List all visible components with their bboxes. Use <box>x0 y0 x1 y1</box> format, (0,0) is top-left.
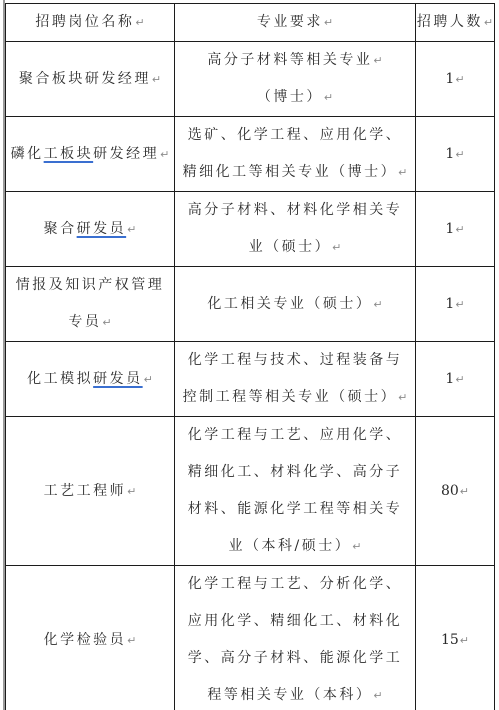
paragraph-mark-icon: ↵ <box>127 485 136 498</box>
table-row: 聚合板块研发经理↵ 高分子材料等相关专业↵ （博士）↵ 1↵ <box>6 42 495 117</box>
requirement-cell[interactable]: 化学工程与工艺、应用化学、 精细化工、材料化学、高分子 材料、能源化学工程等相关… <box>175 417 416 566</box>
table-row: 工艺工程师↵ 化学工程与工艺、应用化学、 精细化工、材料化学、高分子 材料、能源… <box>6 417 495 566</box>
table-row: 化学检验员↵ 化学工程与工艺、分析化学、 应用化学、精细化工、材料化 学、高分子… <box>6 566 495 710</box>
paragraph-mark-icon: ↵ <box>127 634 136 647</box>
paragraph-mark-icon: ↵ <box>332 241 341 254</box>
header-requirement[interactable]: 专业要求↵ <box>175 4 416 42</box>
count-cell[interactable]: 1↵ <box>416 342 495 417</box>
requirement-cell[interactable]: 高分子材料等相关专业↵ （博士）↵ <box>175 42 416 117</box>
paragraph-mark-icon: ↵ <box>455 73 464 86</box>
position-cell[interactable]: 磷化工板块研发经理↵ <box>6 117 175 192</box>
requirement-cell[interactable]: 化工相关专业（硕士）↵ <box>175 267 416 342</box>
requirement-cell[interactable]: 化学工程与技术、过程装备与 控制工程等相关专业（硕士）↵ <box>175 342 416 417</box>
table-row: 聚合研发员↵ 高分子材料、材料化学相关专 业（硕士）↵ 1↵ <box>6 192 495 267</box>
paragraph-mark-icon: ↵ <box>352 540 361 553</box>
count-cell[interactable]: 1↵ <box>416 192 495 267</box>
paragraph-mark-icon: ↵ <box>398 166 407 179</box>
position-cell[interactable]: 工艺工程师↵ <box>6 417 175 566</box>
paragraph-mark-icon: ↵ <box>144 373 153 386</box>
count-cell[interactable]: 1↵ <box>416 267 495 342</box>
paragraph-mark-icon: ↵ <box>460 634 469 647</box>
paragraph-mark-icon: ↵ <box>484 16 493 29</box>
table-row: 化工模拟研发员↵ 化学工程与技术、过程装备与 控制工程等相关专业（硕士）↵ 1↵ <box>6 342 495 417</box>
table-row: 磷化工板块研发经理↵ 选矿、化学工程、应用化学、 精细化工等相关专业（博士）↵ … <box>6 117 495 192</box>
paragraph-mark-icon: ↵ <box>324 16 333 29</box>
position-cell[interactable]: 化工模拟研发员↵ <box>6 342 175 417</box>
count-cell[interactable]: 1↵ <box>416 117 495 192</box>
position-cell[interactable]: 情报及知识产权管理 专员↵ <box>6 267 175 342</box>
paragraph-mark-icon: ↵ <box>127 223 136 236</box>
spellcheck-underline: 工板块 <box>44 146 94 162</box>
paragraph-mark-icon: ↵ <box>460 485 469 498</box>
position-cell[interactable]: 聚合研发员↵ <box>6 192 175 267</box>
paragraph-mark-icon: ↵ <box>373 689 382 702</box>
paragraph-mark-icon: ↵ <box>160 148 169 161</box>
requirement-cell[interactable]: 选矿、化学工程、应用化学、 精细化工等相关专业（博士）↵ <box>175 117 416 192</box>
header-count[interactable]: 招聘人数↵ <box>416 4 495 42</box>
paragraph-mark-icon: ↵ <box>455 223 464 236</box>
header-row: 招聘岗位名称↵ 专业要求↵ 招聘人数↵ <box>6 4 495 42</box>
position-cell[interactable]: 聚合板块研发经理↵ <box>6 42 175 117</box>
table-row: 情报及知识产权管理 专员↵ 化工相关专业（硕士）↵ 1↵ <box>6 267 495 342</box>
requirement-cell[interactable]: 高分子材料、材料化学相关专 业（硕士）↵ <box>175 192 416 267</box>
paragraph-mark-icon: ↵ <box>455 148 464 161</box>
recruitment-table: 招聘岗位名称↵ 专业要求↵ 招聘人数↵ 聚合板块研发经理↵ 高分子材料等相关专业… <box>5 3 495 710</box>
count-cell[interactable]: 80↵ <box>416 417 495 566</box>
paragraph-mark-icon: ↵ <box>324 91 333 104</box>
count-cell[interactable]: 15↵ <box>416 566 495 710</box>
spellcheck-underline: 研发员 <box>77 221 127 237</box>
paragraph-mark-icon: ↵ <box>455 298 464 311</box>
paragraph-mark-icon: ↵ <box>102 316 111 329</box>
count-cell[interactable]: 1↵ <box>416 42 495 117</box>
requirement-cell[interactable]: 化学工程与工艺、分析化学、 应用化学、精细化工、材料化 学、高分子材料、能源化学… <box>175 566 416 710</box>
position-cell[interactable]: 化学检验员↵ <box>6 566 175 710</box>
header-position[interactable]: 招聘岗位名称↵ <box>6 4 175 42</box>
paragraph-mark-icon: ↵ <box>373 298 382 311</box>
paragraph-mark-icon: ↵ <box>135 16 144 29</box>
paragraph-mark-icon: ↵ <box>152 73 161 86</box>
spellcheck-underline: 研发员 <box>93 371 143 387</box>
paragraph-mark-icon: ↵ <box>398 391 407 404</box>
paragraph-mark-icon: ↵ <box>373 54 382 67</box>
paragraph-mark-icon: ↵ <box>455 373 464 386</box>
